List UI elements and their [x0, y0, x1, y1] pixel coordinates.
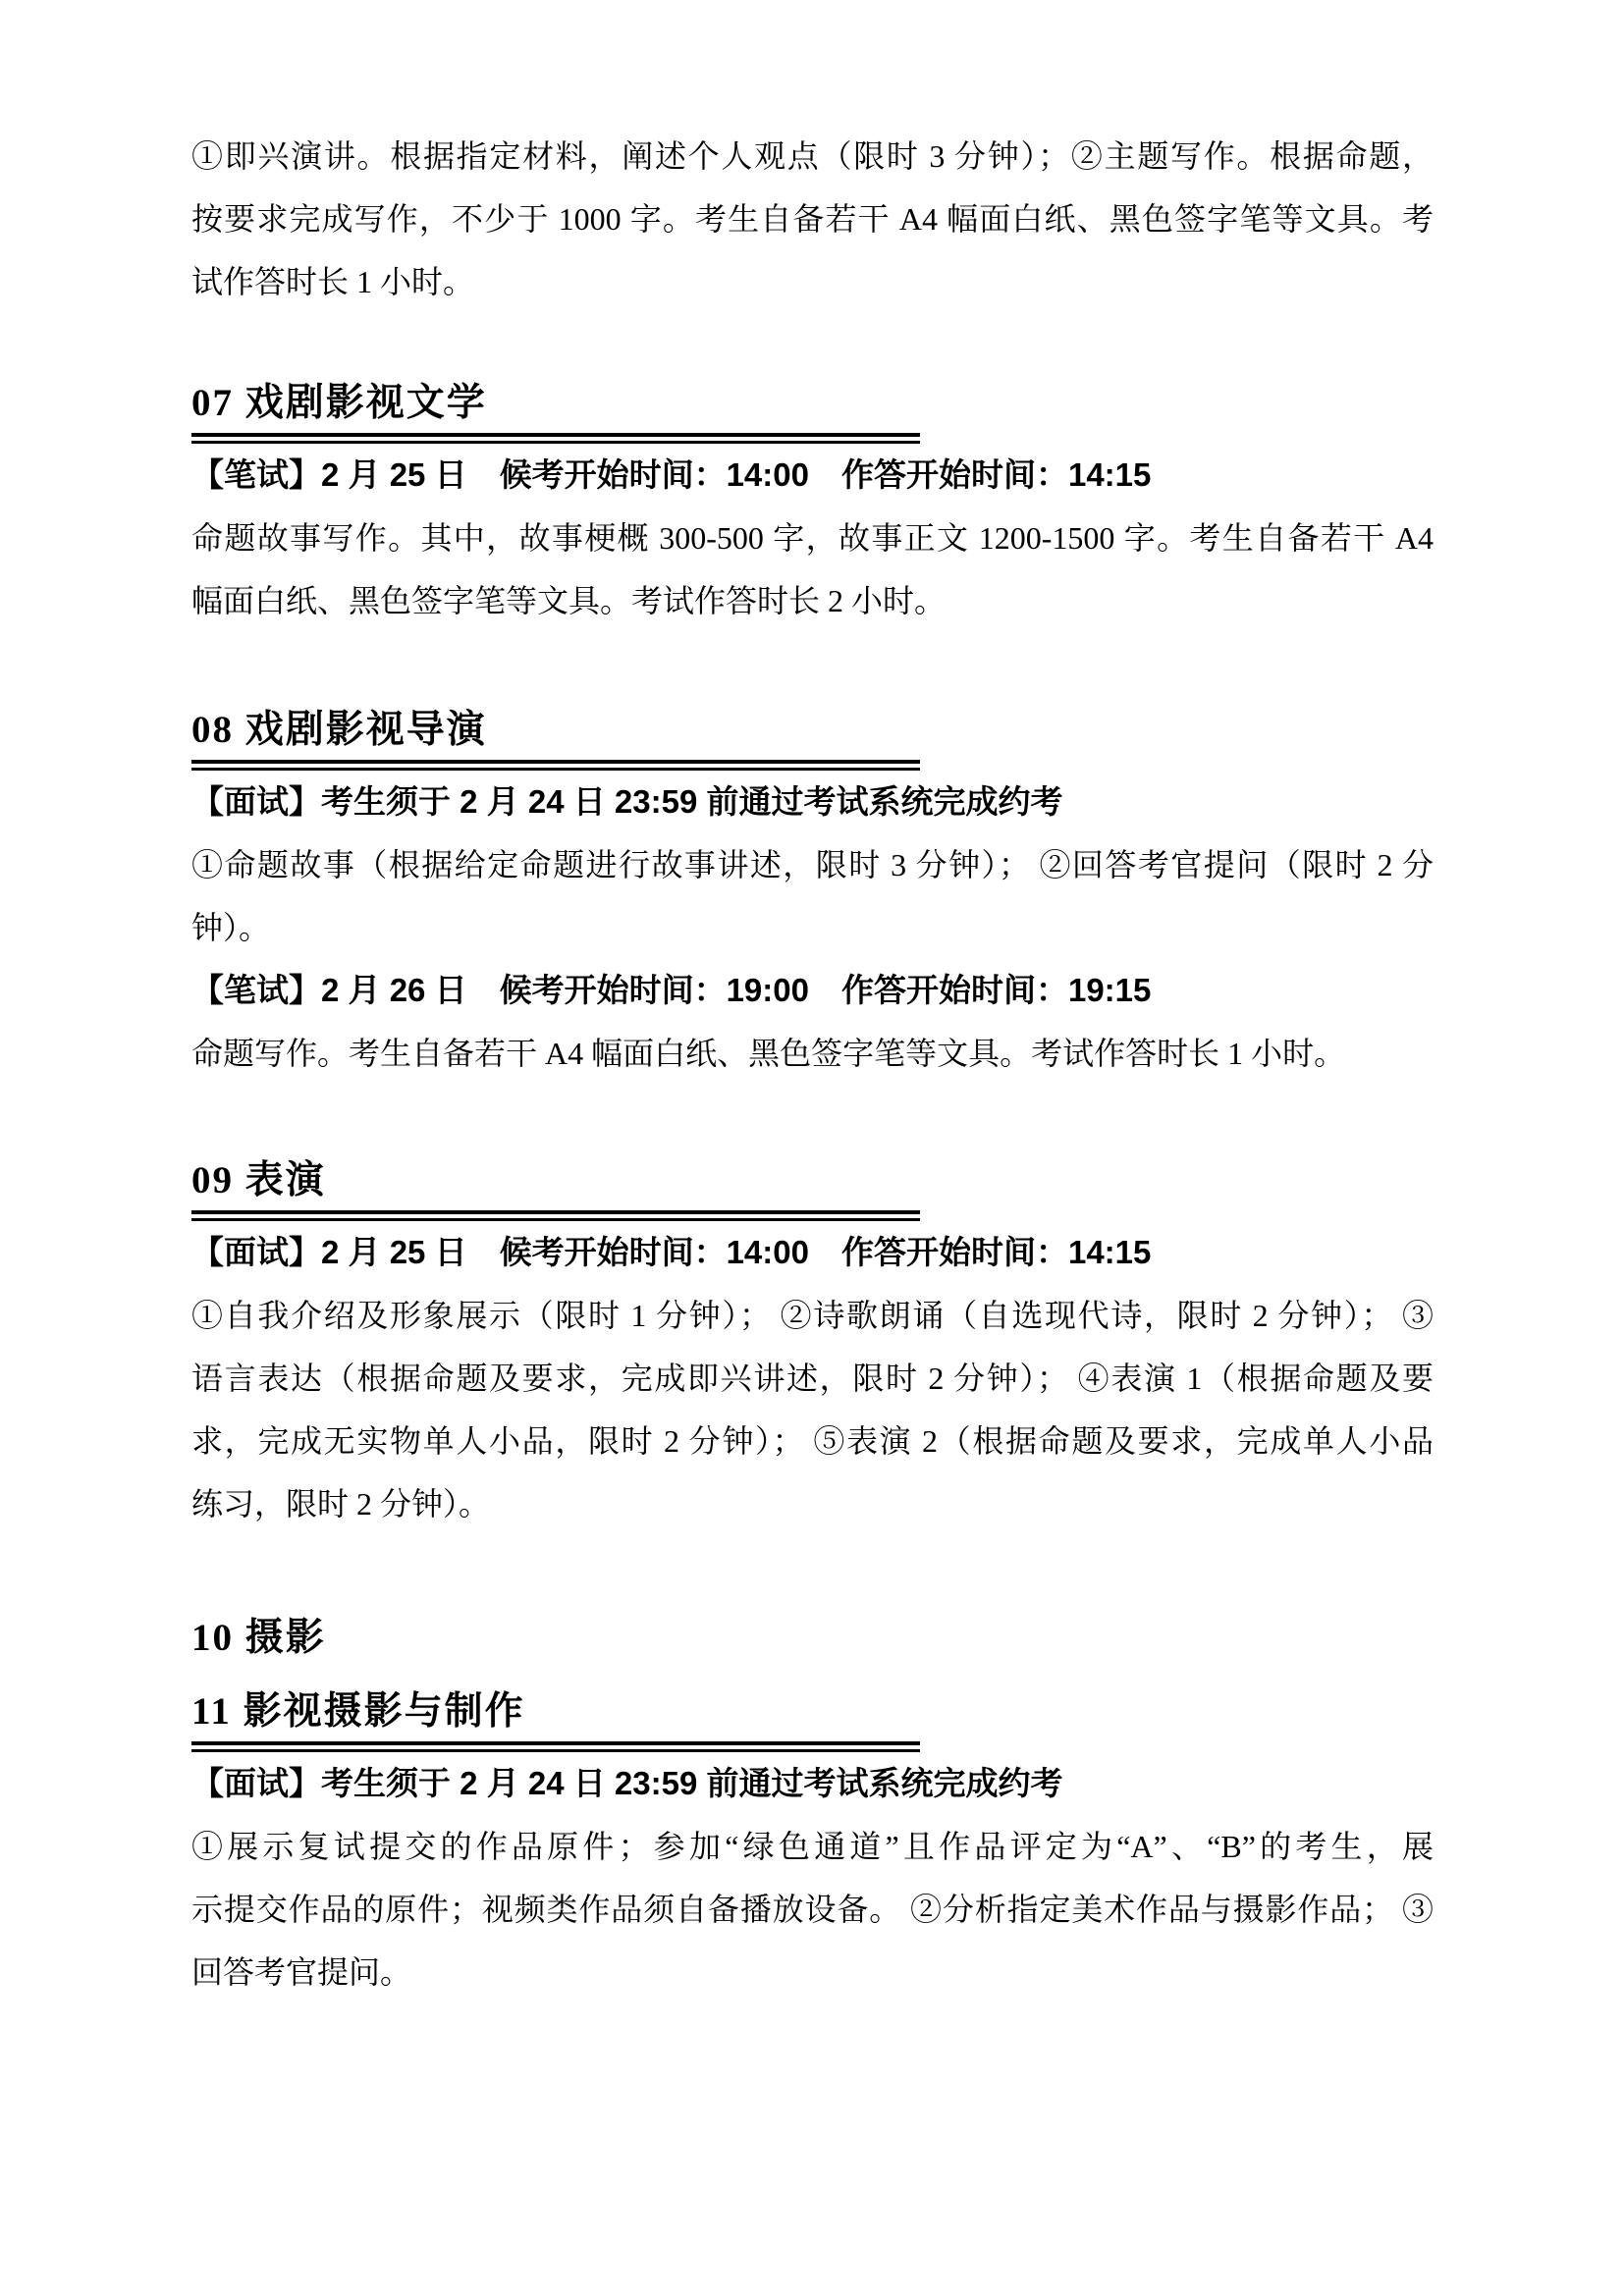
text-line: 练习，限时 2 分钟）。 — [191, 1472, 1434, 1535]
body-paragraph: 命题写作。考生自备若干 A4 幅面白纸、黑色签字笔等文具。考试作答时长 1 小时… — [191, 1022, 1434, 1085]
body-paragraph: 命题故事写作。其中，故事梗概 300-500 字，故事正文 1200-1500 … — [191, 507, 1434, 632]
text-line: 命题故事写作。其中，故事梗概 300-500 字，故事正文 1200-1500 … — [191, 507, 1434, 569]
text-line: 试作答时长 1 小时。 — [191, 250, 1434, 313]
exam-schedule-line: 【笔试】2 月 25 日 候考开始时间：14:00 作答开始时间：14:15 — [191, 444, 1434, 507]
text-line: ①自我介绍及形象展示（限时 1 分钟）； ②诗歌朗诵（自选现代诗，限时 2 分钟… — [191, 1284, 1434, 1347]
exam-schedule-line: 【面试】2 月 25 日 候考开始时间：14:00 作答开始时间：14:15 — [191, 1221, 1434, 1284]
double-rule — [191, 760, 920, 771]
text-line: 钟）。 — [191, 896, 1434, 959]
text-line: 示提交作品的原件；视频类作品须自备播放设备。 ②分析指定美术作品与摄影作品； ③ — [191, 1878, 1434, 1941]
document-page: ①即兴演讲。根据指定材料，阐述个人观点（限时 3 分钟）；②主题写作。根据命题，… — [0, 0, 1624, 2296]
section-heading: 08 戏剧影视导演 — [191, 707, 1434, 754]
text-line: 求，完成无实物单人小品，限时 2 分钟）； ⑤表演 2（根据命题及要求，完成单人… — [191, 1410, 1434, 1472]
text-line: 回答考官提问。 — [191, 1941, 1434, 2003]
text-line: 命题写作。考生自备若干 A4 幅面白纸、黑色签字笔等文具。考试作答时长 1 小时… — [191, 1022, 1434, 1085]
exam-schedule-line: 【面试】考生须于 2 月 24 日 23:59 前通过考试系统完成约考 — [191, 771, 1434, 833]
double-rule — [191, 1210, 920, 1221]
text-line: ①展示复试提交的作品原件；参加“绿色通道”且作品评定为“A”、“B”的考生，展 — [191, 1815, 1434, 1878]
text-line: 幅面白纸、黑色签字笔等文具。考试作答时长 2 小时。 — [191, 569, 1434, 632]
text-line: ①即兴演讲。根据指定材料，阐述个人观点（限时 3 分钟）；②主题写作。根据命题， — [191, 125, 1434, 187]
section-10: 10 摄影 — [191, 1615, 1434, 1662]
exam-schedule-line: 【笔试】2 月 26 日 候考开始时间：19:00 作答开始时间：19:15 — [191, 959, 1434, 1022]
section-09: 09 表演 【面试】2 月 25 日 候考开始时间：14:00 作答开始时间：1… — [191, 1157, 1434, 1535]
section-heading: 11 影视摄影与制作 — [191, 1688, 1434, 1735]
double-rule — [191, 1741, 920, 1752]
text-line: 按要求完成写作，不少于 1000 字。考生自备若干 A4 幅面白纸、黑色签字笔等… — [191, 187, 1434, 250]
section-heading: 10 摄影 — [191, 1615, 1434, 1662]
text-line: 语言表达（根据命题及要求，完成即兴讲述，限时 2 分钟）； ④表演 1（根据命题… — [191, 1347, 1434, 1410]
section-heading: 09 表演 — [191, 1157, 1434, 1204]
section-07: 07 戏剧影视文学 【笔试】2 月 25 日 候考开始时间：14:00 作答开始… — [191, 380, 1434, 632]
body-paragraph: ①展示复试提交的作品原件；参加“绿色通道”且作品评定为“A”、“B”的考生，展 … — [191, 1815, 1434, 2003]
section-08: 08 戏剧影视导演 【面试】考生须于 2 月 24 日 23:59 前通过考试系… — [191, 707, 1434, 1085]
exam-schedule-line: 【面试】考生须于 2 月 24 日 23:59 前通过考试系统完成约考 — [191, 1752, 1434, 1815]
body-paragraph: ①命题故事（根据给定命题进行故事讲述，限时 3 分钟）； ②回答考官提问（限时 … — [191, 833, 1434, 959]
section-heading: 07 戏剧影视文学 — [191, 380, 1434, 427]
intro-paragraph: ①即兴演讲。根据指定材料，阐述个人观点（限时 3 分钟）；②主题写作。根据命题，… — [191, 125, 1434, 313]
section-11: 11 影视摄影与制作 【面试】考生须于 2 月 24 日 23:59 前通过考试… — [191, 1688, 1434, 2003]
body-paragraph: ①自我介绍及形象展示（限时 1 分钟）； ②诗歌朗诵（自选现代诗，限时 2 分钟… — [191, 1284, 1434, 1535]
double-rule — [191, 433, 920, 444]
text-line: ①命题故事（根据给定命题进行故事讲述，限时 3 分钟）； ②回答考官提问（限时 … — [191, 833, 1434, 896]
